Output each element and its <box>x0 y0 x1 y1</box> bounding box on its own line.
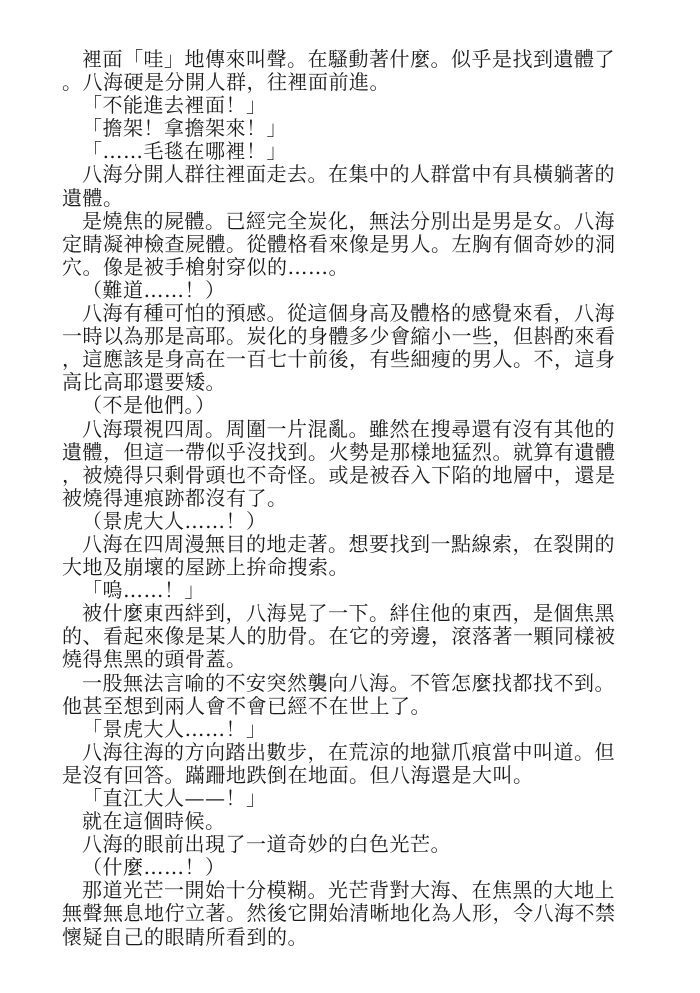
thought-line: （什麼……！） <box>62 856 632 879</box>
dialogue-line: 「景虎大人……！」 <box>62 718 632 741</box>
dialogue-line: 「嗚……！」 <box>62 579 632 602</box>
paragraph: 八海環視四周。周圍一片混亂。雖然在搜尋還有沒有其他的遺體，但這一帶似乎沒找到。火… <box>62 418 632 510</box>
dialogue-line: 「直江大人——！」 <box>62 787 632 810</box>
paragraph: 八海分開人群往裡面走去。在集中的人群當中有具橫躺著的遺體。 <box>62 163 632 209</box>
paragraph: 裡面「哇」地傳來叫聲。在騷動著什麼。似乎是找到遺體了。八海硬是分開人群，往裡面前… <box>62 48 632 94</box>
paragraph: 八海的眼前出現了一道奇妙的白色光芒。 <box>62 833 632 856</box>
paragraph: 八海在四周漫無目的地走著。想要找到一點線索，在裂開的大地及崩壞的屋跡上拚命搜索。 <box>62 533 632 579</box>
dialogue-line: 「不能進去裡面！」 <box>62 94 632 117</box>
dialogue-line: 「擔架！拿擔架來！」 <box>62 117 632 140</box>
thought-line: （景虎大人……！） <box>62 510 632 533</box>
paragraph: 是燒焦的屍體。已經完全炭化，無法分別出是男是女。八海定睛凝神檢查屍體。從體格看來… <box>62 210 632 279</box>
paragraph: 就在這個時候。 <box>62 810 632 833</box>
paragraph: 八海有種可怕的預感。從這個身高及體格的感覺來看，八海一時以為那是高耶。炭化的身體… <box>62 302 632 394</box>
paragraph: 一股無法言喻的不安突然襲向八海。不管怎麼找都找不到。他甚至想到兩人會不會已經不在… <box>62 672 632 718</box>
paragraph: 那道光芒一開始十分模糊。光芒背對大海、在焦黑的大地上無聲無息地佇立著。然後它開始… <box>62 879 632 948</box>
thought-line: （不是他們。） <box>62 394 632 417</box>
paragraph: 八海往海的方向踏出數步，在荒涼的地獄爪痕當中叫道。但是沒有回答。蹣跚地跌倒在地面… <box>62 741 632 787</box>
dialogue-line: 「……毛毯在哪裡！」 <box>62 140 632 163</box>
paragraph: 被什麼東西絆到，八海晃了一下。絆住他的東西，是個焦黑的、看起來像是某人的肋骨。在… <box>62 602 632 671</box>
thought-line: （難道……！） <box>62 279 632 302</box>
document-page: 裡面「哇」地傳來叫聲。在騷動著什麼。似乎是找到遺體了。八海硬是分開人群，往裡面前… <box>62 48 632 949</box>
